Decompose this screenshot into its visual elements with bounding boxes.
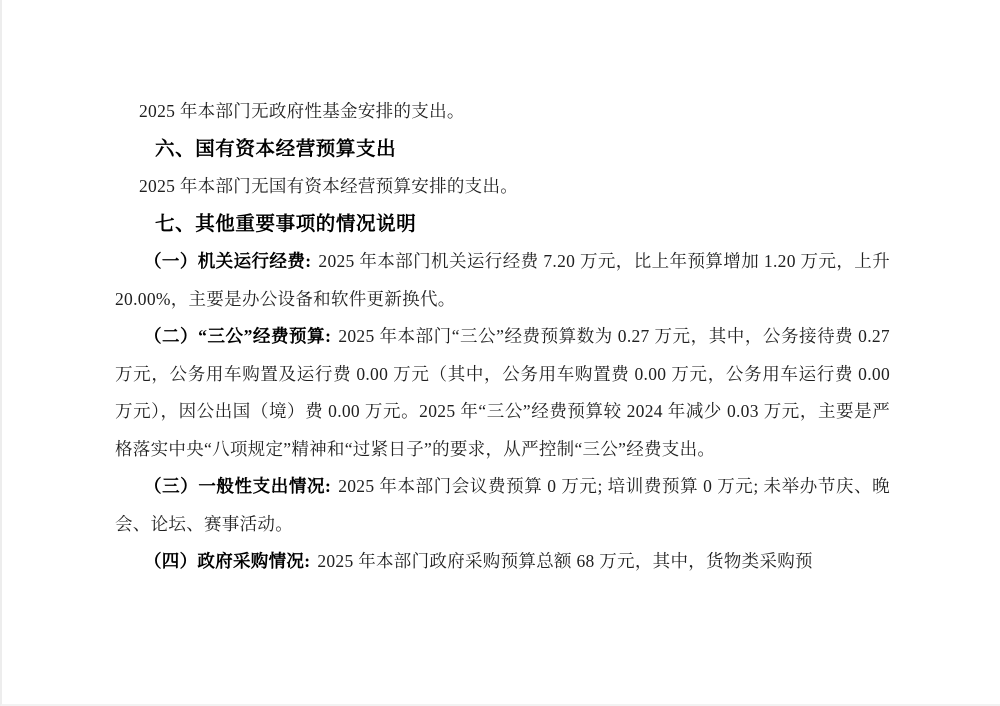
item-paragraph-general-expenditure: （三）一般性支出情况:2025 年本部门会议费预算 0 万元; 培训费预算 0 … bbox=[115, 468, 890, 543]
item-label-agency-operating-funds: （一）机关运行经费: bbox=[144, 251, 311, 271]
item-label-three-public-expenses-budget: （二）“三公”经费预算: bbox=[144, 326, 331, 346]
item-text-government-procurement: 2025 年本部门政府采购预算总额 68 万元，其中，货物类采购预 bbox=[317, 551, 813, 571]
item-paragraph-three-public-expenses-budget: （二）“三公”经费预算:2025 年本部门“三公”经费预算数为 0.27 万元，… bbox=[115, 318, 890, 468]
item-label-general-expenditure: （三）一般性支出情况: bbox=[144, 476, 331, 496]
document-page: 2025 年本部门无政府性基金安排的支出。 六、国有资本经营预算支出 2025 … bbox=[0, 0, 1000, 706]
heading-section-6-state-capital-budget: 六、国有资本经营预算支出 bbox=[115, 131, 890, 169]
para-no-govfund-expenditure: 2025 年本部门无政府性基金安排的支出。 bbox=[115, 93, 890, 131]
item-paragraph-government-procurement: （四）政府采购情况:2025 年本部门政府采购预算总额 68 万元，其中，货物类… bbox=[115, 543, 890, 581]
item-label-government-procurement: （四）政府采购情况: bbox=[144, 551, 310, 571]
item-paragraph-agency-operating-funds: （一）机关运行经费:2025 年本部门机关运行经费 7.20 万元，比上年预算增… bbox=[115, 243, 890, 318]
para-no-state-capital-expenditure: 2025 年本部门无国有资本经营预算安排的支出。 bbox=[115, 168, 890, 206]
heading-section-7-other-important-matters: 七、其他重要事项的情况说明 bbox=[115, 206, 890, 244]
document-content: 2025 年本部门无政府性基金安排的支出。 六、国有资本经营预算支出 2025 … bbox=[115, 93, 890, 581]
